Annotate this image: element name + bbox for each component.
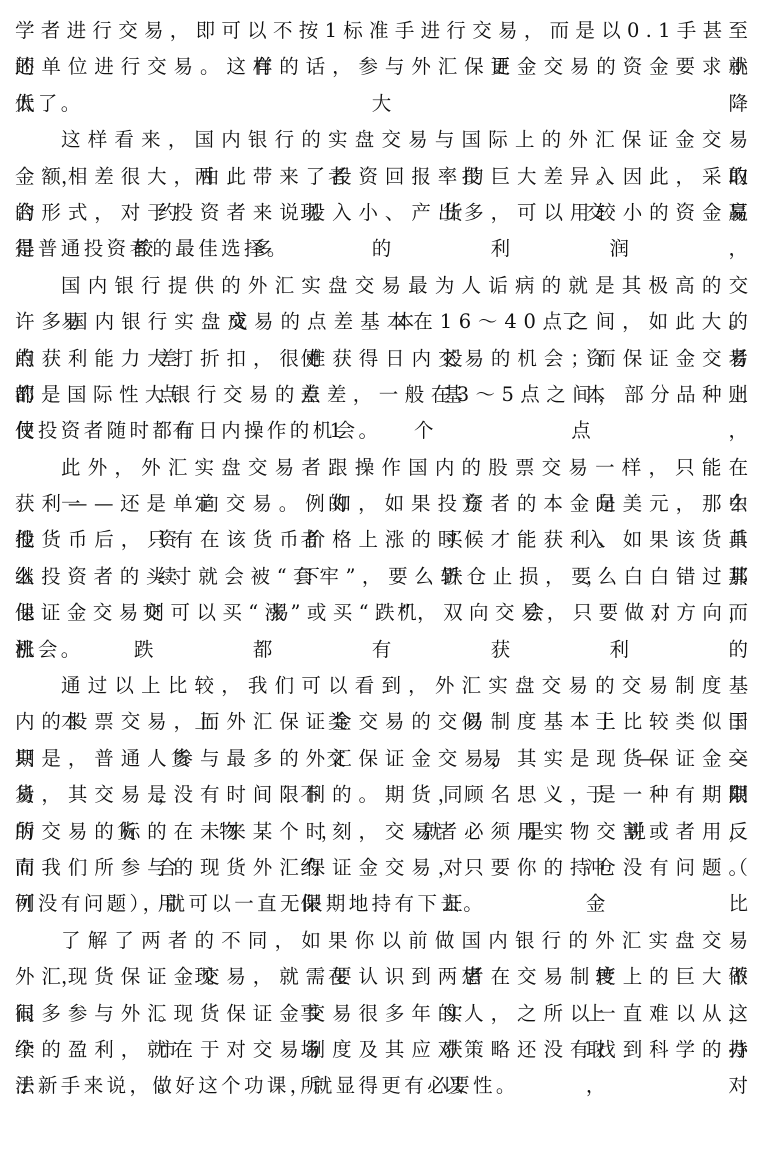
paragraph-1: 学 者 进 行 交 易 ， 即 可 以 不 按 1 标 准 手 进 行 交 易 …	[15, 13, 748, 122]
text-line: 只 是 ， 普 通 人 参 与 最 多 的 外 汇 保 证 金 交 易 ， 其 …	[15, 741, 748, 777]
text-line: 这 样 看 来 ， 国 内 银 行 的 实 盘 交 易 与 国 际 上 的 外 …	[15, 122, 748, 158]
document-page: 学 者 进 行 交 易 ， 即 可 以 不 按 1 标 准 手 进 行 交 易 …	[15, 13, 748, 1105]
text-line: 国 内 银 行 提 供 的 外 汇 实 盘 交 易 最 为 人 诟 病 的 就 …	[15, 268, 748, 304]
text-line: 了 解 了 两 者 的 不 同 ， 如 果 你 以 前 做 国 内 银 行 的 …	[15, 923, 748, 959]
text-line: 续 的 盈 利 ， 就 在 于 对 交 易 制 度 及 其 应 对 策 略 还 …	[15, 1032, 748, 1068]
paragraph-3: 国 内 银 行 提 供 的 外 汇 实 盘 交 易 最 为 人 诟 病 的 就 …	[15, 268, 748, 450]
text-line: 都 是 国 际 性 大 银 行 交 易 的 点 差 ， 一 般 在 3 ～ 5 …	[15, 377, 748, 413]
text-line: 很 多 参 与 外 汇 现 货 保 证 金 交 易 很 多 年 的 人 ， 之 …	[15, 996, 748, 1032]
text-line: 所 交 易 的 标 的 在 未 来 某 个 时 刻 ， 交 易 者 必 须 用 …	[15, 814, 748, 850]
paragraph-2: 这 样 看 来 ， 国 内 银 行 的 实 盘 交 易 与 国 际 上 的 外 …	[15, 122, 748, 268]
text-line: 内 的 股 票 交 易 ， 而 外 汇 保 证 金 交 易 的 交 易 制 度 …	[15, 704, 748, 740]
text-line: 通 过 以 上 比 较 ， 我 们 可 以 看 到 ， 外 汇 实 盘 交 易 …	[15, 668, 748, 704]
text-line: 的 形 式 ， 对 于 投 资 者 来 说 投 入 小 、 产 出 多 ， 可 …	[15, 195, 748, 231]
text-line: 而 我 们 所 参 与 的 现 货 外 汇 保 证 金 交 易 ， 只 要 你 …	[15, 850, 748, 886]
text-line: 许 多 国 内 银 行 实 盘 交 易 的 点 差 基 本 在 1 6 ～ 4 …	[15, 304, 748, 340]
paragraph-6: 了 解 了 两 者 的 不 同 ， 如 果 你 以 前 做 国 内 银 行 的 …	[15, 923, 748, 1105]
text-line: 货 ， 其 交 易 是 没 有 时 间 限 制 的 。 期 货 ， 顾 名 思 …	[15, 777, 748, 813]
text-line: 他 货 币 后 ， 只 有 在 该 货 币 价 格 上 涨 的 时 候 才 能 …	[15, 522, 748, 558]
text-line: 么 投 资 者 的 头 寸 就 会 被 “ 套 牢 ” ， 要 么 斩 仓 止 …	[15, 559, 748, 595]
text-line: 保 证 金 交 易 则 可 以 买 “ 涨 ” 或 买 “ 跌 ” ， 双 向 …	[15, 595, 748, 631]
text-line: 获 利 — — 还 是 单 向 交 易 。 例 如 ， 如 果 投 资 者 的 …	[15, 486, 748, 522]
text-line: 的 单 位 进 行 交 易 。 这 样 的 话 ， 参 与 外 汇 保 证 金 …	[15, 49, 748, 85]
paragraph-4: 此 外 ， 外 汇 实 盘 交 易 者 跟 操 作 国 内 的 股 票 交 易 …	[15, 450, 748, 668]
text-line: 学 者 进 行 交 易 ， 即 可 以 不 按 1 标 准 手 进 行 交 易 …	[15, 13, 748, 49]
text-line: 外 汇 现 货 保 证 金 交 易 ， 就 需 要 认 识 到 两 者 在 交 …	[15, 959, 748, 995]
text-line: 的 获 利 能 力 大 打 折 扣 ， 很 难 获 得 日 内 交 易 的 机 …	[15, 341, 748, 377]
text-line: 金 额 相 差 很 大 ， 由 此 带 来 了 投 资 回 报 率 的 巨 大 …	[15, 159, 748, 195]
text-line: 此 外 ， 外 汇 实 盘 交 易 者 跟 操 作 国 内 的 股 票 交 易 …	[15, 450, 748, 486]
paragraph-5: 通 过 以 上 比 较 ， 我 们 可 以 看 到 ， 外 汇 实 盘 交 易 …	[15, 668, 748, 923]
